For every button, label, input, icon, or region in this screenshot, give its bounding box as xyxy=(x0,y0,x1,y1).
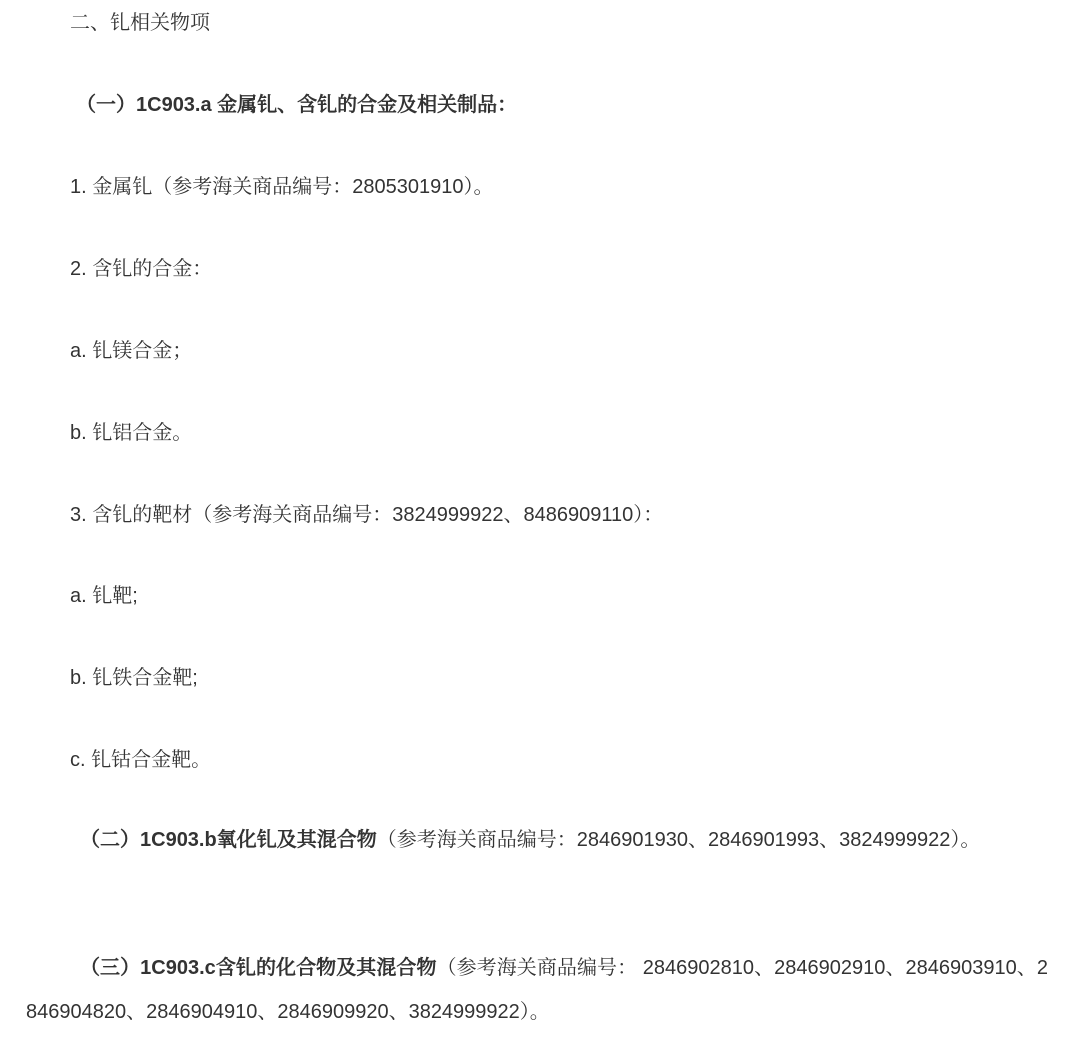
subsection-c-heading: （三）1C903.c含钆的化合物及其混合物 xyxy=(80,957,437,979)
subsection-c-paragraph: （三）1C903.c含钆的化合物及其混合物（参考海关商品编号： 28469028… xyxy=(26,946,1048,1034)
list-item: 1. 金属钆（参考海关商品编号：2805301910）。 xyxy=(70,173,493,201)
list-item: a. 钆镁合金； xyxy=(70,337,192,365)
list-item: c. 钆钴合金靶。 xyxy=(70,746,211,774)
list-item: b. 钆铁合金靶; xyxy=(70,664,198,692)
subsection-b-paragraph: （二）1C903.b氧化钆及其混合物（参考海关商品编号：2846901930、2… xyxy=(26,818,1048,862)
list-item: 3. 含钆的靶材（参考海关商品编号：3824999922、8486909110）… xyxy=(70,501,663,529)
list-item: a. 钆靶; xyxy=(70,582,138,610)
subsection-b-body: （参考海关商品编号：2846901930、2846901993、38249999… xyxy=(377,829,981,851)
list-item: 2. 含钆的合金： xyxy=(70,255,212,283)
section-title: 二、钆相关物项 xyxy=(70,9,210,37)
list-item: b. 钆铝合金。 xyxy=(70,419,192,447)
subsection-b-heading: （二）1C903.b氧化钆及其混合物 xyxy=(80,829,377,851)
subsection-a-heading: （一）1C903.a 金属钆、含钆的合金及相关制品： xyxy=(76,91,517,119)
